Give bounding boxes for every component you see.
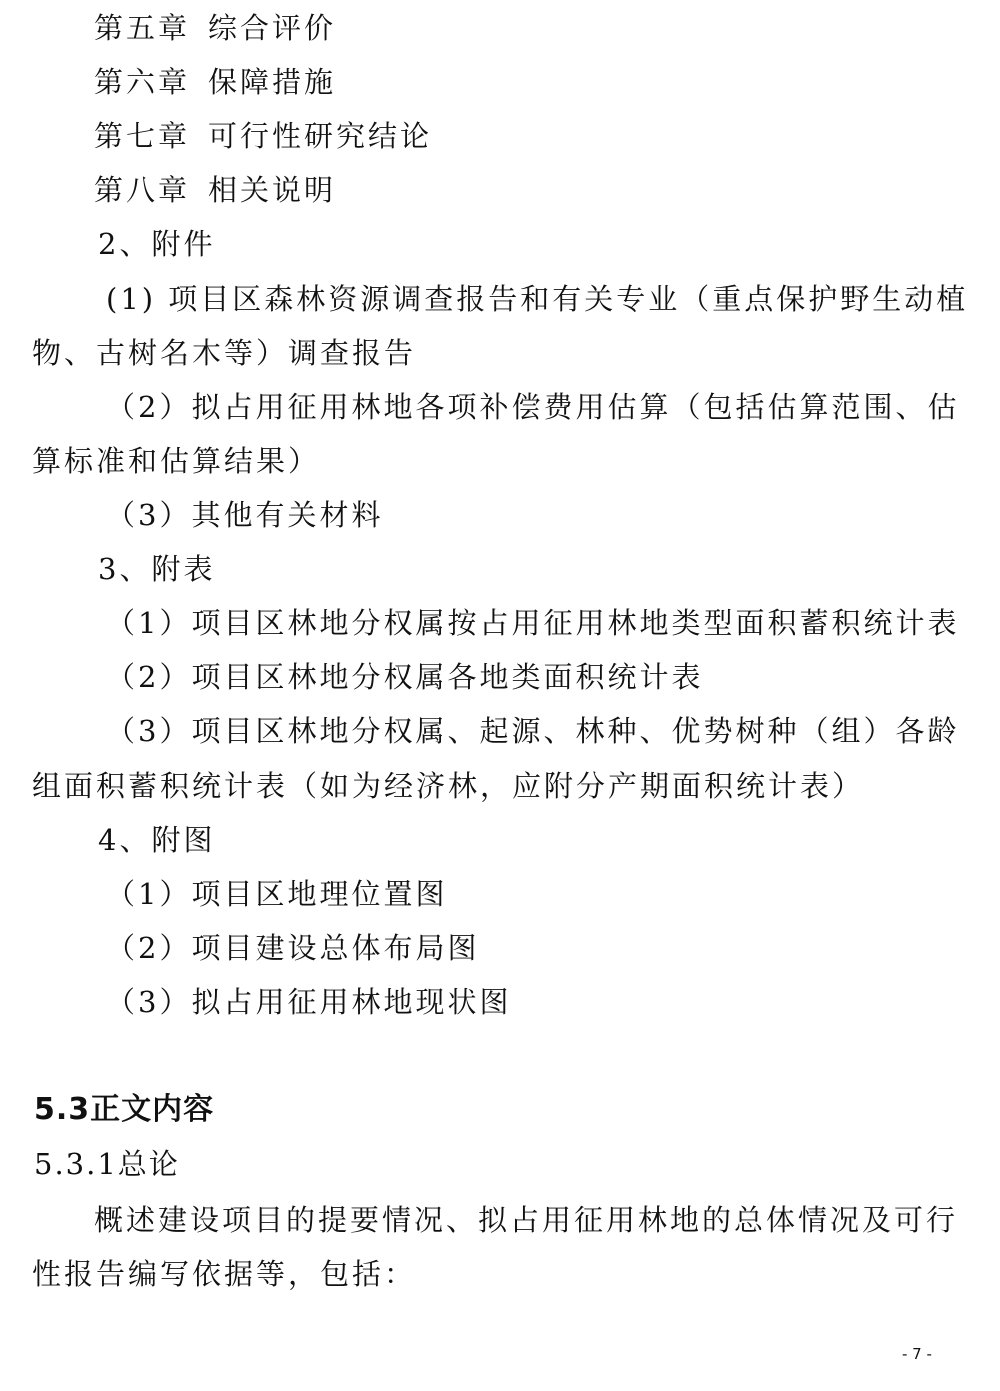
figures-heading: 4、附图: [98, 822, 215, 858]
toc-item-chapter-6: 第六章保障措施: [94, 64, 336, 100]
attachment-item-1: (1) 项目区森林资源调查报告和有关专业（重点保护野生动植: [106, 281, 968, 317]
toc-item-chapter-7: 第七章可行性研究结论: [94, 118, 432, 154]
toc-item-chapter-5: 第五章综合评价: [94, 10, 336, 46]
tables-heading: 3、附表: [98, 551, 215, 587]
toc-chapter-title: 相关说明: [208, 173, 336, 207]
toc-chapter-number: 第七章: [94, 119, 190, 153]
attachments-heading: 2、附件: [98, 226, 215, 262]
table-item-2: （2）项目区林地分权属各地类面积统计表: [106, 659, 703, 695]
table-item-3-continued: 组面积蓄积统计表（如为经济林，应附分产期面积统计表）: [32, 768, 864, 804]
toc-chapter-number: 第五章: [94, 11, 190, 45]
table-item-3: （3）项目区林地分权属、起源、林种、优势树种（组）各龄: [106, 713, 959, 749]
attachment-item-2-continued: 算标准和估算结果）: [32, 443, 320, 479]
subsection-heading: 5.3.1总论: [34, 1146, 180, 1182]
figure-item-1: （1）项目区地理位置图: [106, 876, 447, 912]
body-paragraph-line-1: 概述建设项目的提要情况、拟占用征用林地的总体情况及可行: [94, 1202, 958, 1238]
page-number: - 7 -: [902, 1345, 932, 1363]
toc-chapter-title: 综合评价: [208, 11, 336, 45]
toc-item-chapter-8: 第八章相关说明: [94, 172, 336, 208]
toc-chapter-number: 第八章: [94, 173, 190, 207]
body-paragraph-line-2: 性报告编写依据等，包括：: [32, 1256, 416, 1292]
attachment-item-1-continued: 物、古树名木等）调查报告: [32, 335, 416, 371]
figure-item-3: （3）拟占用征用林地现状图: [106, 984, 511, 1020]
attachment-item-2: （2）拟占用征用林地各项补偿费用估算（包括估算范围、估: [106, 389, 959, 425]
table-item-1: （1）项目区林地分权属按占用征用林地类型面积蓄积统计表: [106, 605, 959, 641]
section-heading: 5.3正文内容: [34, 1091, 214, 1129]
toc-chapter-title: 可行性研究结论: [208, 119, 432, 153]
toc-chapter-title: 保障措施: [208, 65, 336, 99]
toc-chapter-number: 第六章: [94, 65, 190, 99]
attachment-item-3: （3）其他有关材料: [106, 497, 383, 533]
figure-item-2: （2）项目建设总体布局图: [106, 930, 479, 966]
